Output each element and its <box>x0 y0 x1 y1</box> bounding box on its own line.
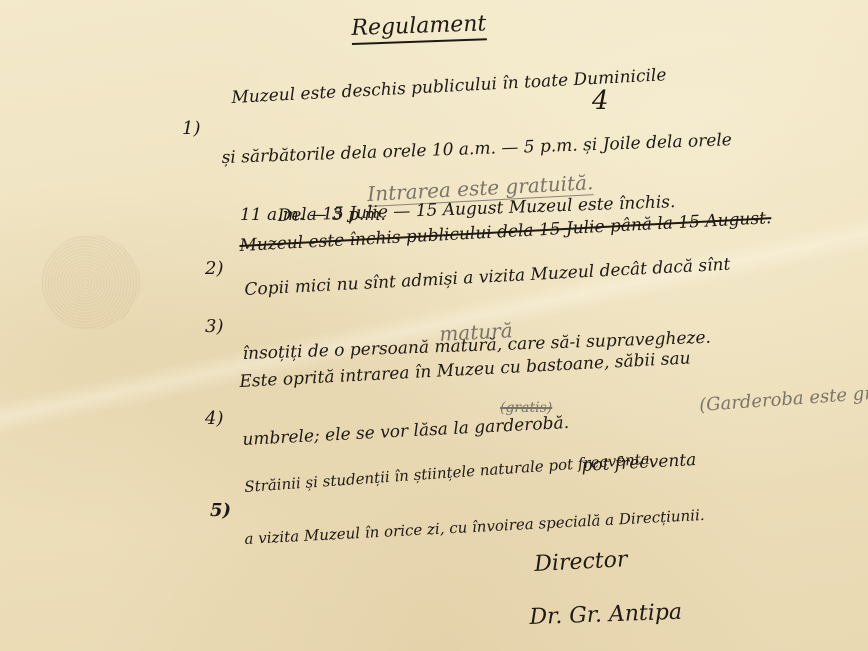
scanned-document-page: Regulament 1) Muzeul este deschis public… <box>0 0 868 651</box>
rule-1-line-2: și sărbătorile dela orele 10 a.m. — 5 p.… <box>221 130 732 168</box>
rule-5-line-2: a vizita Muzeul în orice zi, cu învoirea… <box>244 506 705 548</box>
fingerprint-smudge <box>40 235 140 330</box>
rule-1-insertion-4: 4 <box>592 86 609 116</box>
rule-2-number: 2) <box>205 258 223 279</box>
rule-1-number: 1) <box>182 118 200 139</box>
rule-3-line-1: Copii mici nu sînt admiși a vizita Muzeu… <box>244 255 731 300</box>
document-title: Regulament <box>351 11 487 45</box>
rule-5-number: 5) <box>210 500 231 521</box>
rule-3-number: 3) <box>205 316 223 337</box>
signature-role: Director <box>534 547 628 577</box>
rule-4-number: 4) <box>205 408 223 429</box>
rule-4-pencil-margin-note: (Garderoba este gratuită, <box>699 379 868 416</box>
signature-name: Dr. Gr. Antipa <box>529 600 682 630</box>
rule-4-line-2: umbrele; ele se vor lăsa la garderobă. <box>242 413 570 450</box>
paper-fold-shading <box>0 0 868 651</box>
